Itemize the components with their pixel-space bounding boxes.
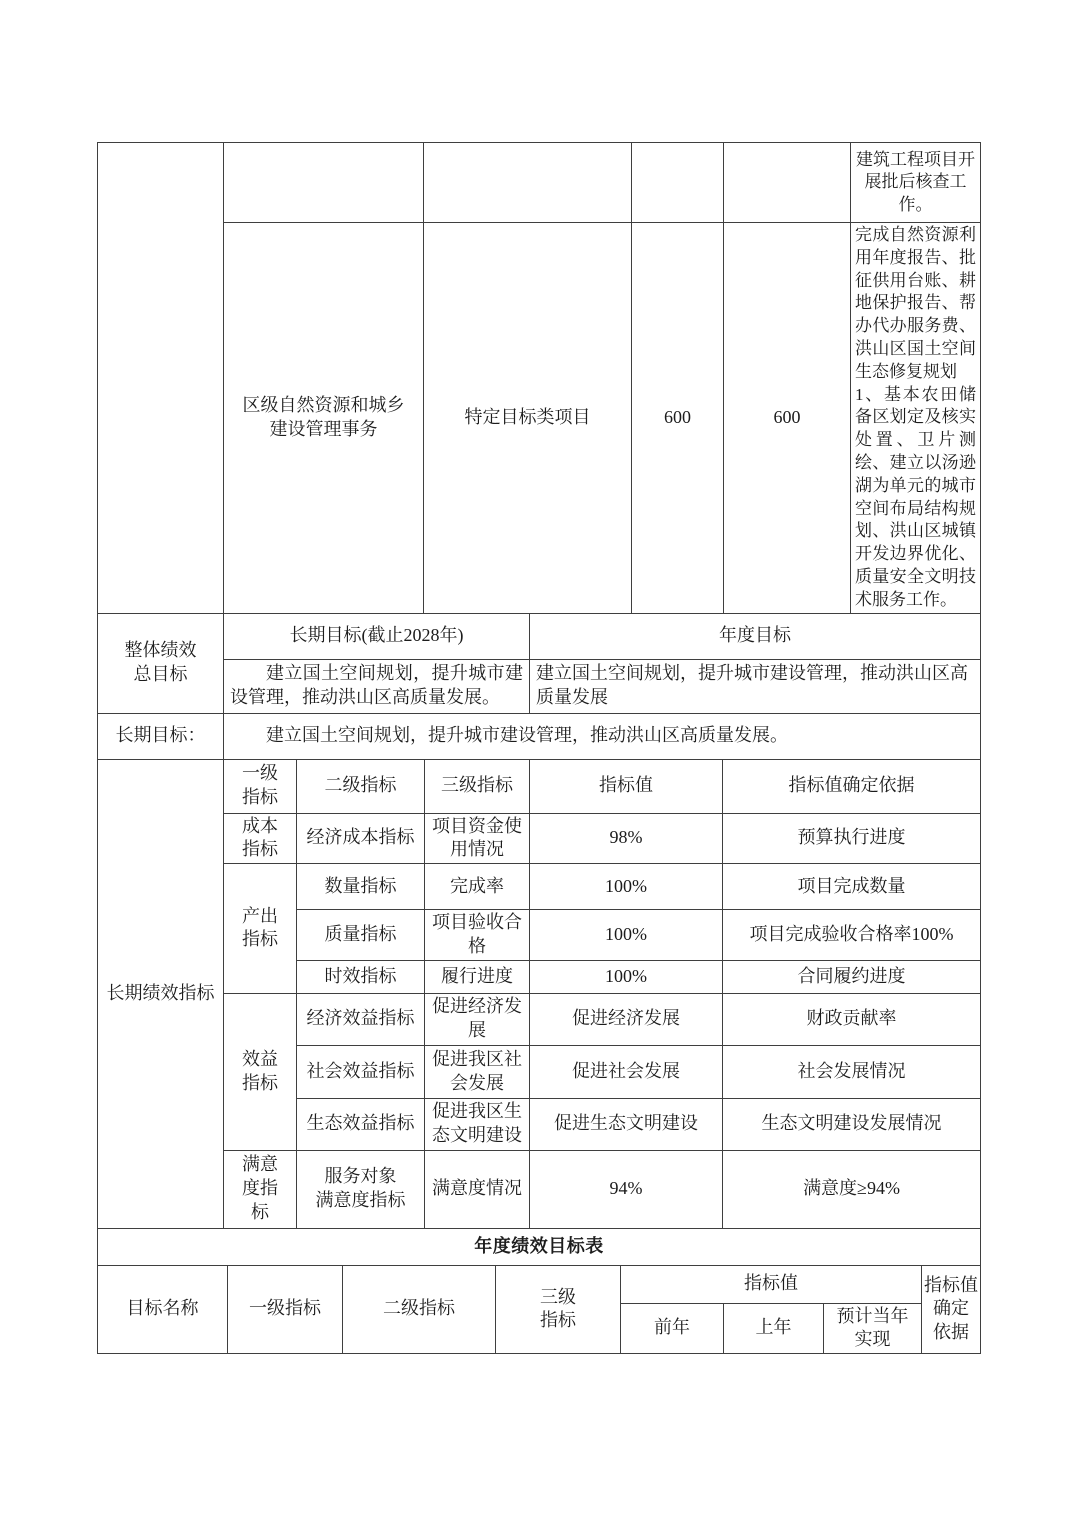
side-label-cell: 长期绩效指标 [98,759,224,1228]
level2-header-cell: 二级指标 [343,1265,496,1354]
level2-cell: 社会效益指标 [297,1045,425,1098]
basis-header-cell: 指标值 确定 依据 [922,1265,981,1354]
budget-amount-cell: 600 [632,223,724,614]
project-category-cell: 区级自然资源和城乡建设管理事务 [224,223,424,614]
goal-name-header-cell: 目标名称 [98,1265,228,1354]
value-header-cell: 指标值 [530,759,723,813]
value-group-header-cell: 指标值 [621,1265,922,1303]
level2-cell: 数量指标 [297,864,425,910]
project-continuation-table: 建筑工程项目开展批后核查工作。 区级自然资源和城乡建设管理事务 特定目标类项目 … [97,142,981,614]
level1-group-cell: 成本指标 [224,813,297,864]
prev-year-header-cell: 上年 [724,1303,824,1354]
value-cell: 促进生态文明建设 [530,1098,723,1150]
level3-header-cell: 三级指标 [425,759,530,813]
project-description-cell: 完成自然资源利用年度报告、批征供用台账、耕地保护报告、帮办代办服务费、洪山区国土… [851,223,981,614]
level3-header-cell: 三级 指标 [496,1265,621,1354]
long-term-goal-table: 长期目标： 建立国土空间规划，提升城市建设管理，推动洪山区高质量发展。 [97,713,981,760]
level1-group-cell: 产出指标 [224,864,297,994]
empty-cell [632,143,724,223]
annual-table-header: 目标名称 一级指标 二级指标 三级 指标 指标值 指标值 确定 依据 前年 上年… [97,1265,981,1355]
level1-header-cell: 一级指标 [228,1265,343,1354]
value-cell: 94% [530,1150,723,1228]
long-term-indicators-table: 长期绩效指标 一级指标 二级指标 三级指标 指标值 指标值确定依据 成本指标 经… [97,759,981,1229]
level2-cell: 经济成本指标 [297,813,425,864]
basis-cell: 预算执行进度 [723,813,981,864]
annual-text-cell: 建立国土空间规划，提升城市建设管理，推动洪山区高质量发展 [530,659,981,713]
value-cell: 100% [530,910,723,961]
value-cell: 促进经济发展 [530,993,723,1045]
level3-cell: 满意度情况 [425,1150,530,1228]
long-term-goal-text-cell: 建立国土空间规划，提升城市建设管理，推动洪山区高质量发展。 [224,713,981,759]
level2-cell: 服务对象 满意度指标 [297,1150,425,1228]
level3-cell: 促进我区社会发展 [425,1045,530,1098]
indicator-row: 满意度指标 服务对象 满意度指标 满意度情况 94% 满意度≥94% [98,1150,981,1228]
basis-cell: 项目完成数量 [723,864,981,910]
value-cell: 98% [530,813,723,864]
empty-side-cell [98,143,224,614]
value-cell: 100% [530,864,723,910]
indicator-row: 效益指标 经济效益指标 促进经济发展 促进经济发展 财政贡献率 [98,993,981,1045]
total-amount-cell: 600 [724,223,851,614]
indicator-row: 成本指标 经济成本指标 项目资金使用情况 98% 预算执行进度 [98,813,981,864]
project-row: 区级自然资源和城乡建设管理事务 特定目标类项目 600 600 完成自然资源利用… [98,223,981,614]
long-term-header-cell: 长期目标(截止2028年) [224,613,530,659]
empty-cell [424,143,632,223]
level3-cell: 促进经济发展 [425,993,530,1045]
level2-cell: 质量指标 [297,910,425,961]
level3-cell: 项目资金使用情况 [425,813,530,864]
indicator-header-row: 长期绩效指标 一级指标 二级指标 三级指标 指标值 指标值确定依据 [98,759,981,813]
annual-table-banner: 年度绩效目标表 [97,1228,981,1266]
goal-text-row: 建立国土空间规划，提升城市建设管理，推动洪山区高质量发展。 建立国土空间规划，提… [98,659,981,713]
level2-header-cell: 二级指标 [297,759,425,813]
level1-group-cell: 效益指标 [224,993,297,1150]
banner-row: 年度绩效目标表 [98,1228,981,1265]
level3-cell: 履行进度 [425,960,530,993]
long-term-goal-row: 长期目标： 建立国土空间规划，提升城市建设管理，推动洪山区高质量发展。 [98,713,981,759]
current-year-header-cell: 预计当年 实现 [824,1303,922,1354]
basis-cell: 满意度≥94% [723,1150,981,1228]
empty-cell [724,143,851,223]
level3-cell: 促进我区生态文明建设 [425,1098,530,1150]
basis-cell: 社会发展情况 [723,1045,981,1098]
basis-cell: 项目完成验收合格率100% [723,910,981,961]
level3-cell: 完成率 [425,864,530,910]
overall-goal-label-cell: 整体绩效 总目标 [98,613,224,713]
goal-header-row: 整体绩效 总目标 长期目标(截止2028年) 年度目标 [98,613,981,659]
continuation-note-cell: 建筑工程项目开展批后核查工作。 [851,143,981,223]
long-term-goal-label-cell: 长期目标： [98,713,224,759]
level2-cell: 时效指标 [297,960,425,993]
basis-header-cell: 指标值确定依据 [723,759,981,813]
annual-header-cell: 年度目标 [530,613,981,659]
basis-cell: 生态文明建设发展情况 [723,1098,981,1150]
partial-project-row: 建筑工程项目开展批后核查工作。 [98,143,981,223]
annual-header-row-top: 目标名称 一级指标 二级指标 三级 指标 指标值 指标值 确定 依据 [98,1265,981,1303]
level3-cell: 项目验收合格 [425,910,530,961]
prev2-year-header-cell: 前年 [621,1303,724,1354]
basis-cell: 合同履约进度 [723,960,981,993]
level2-cell: 生态效益指标 [297,1098,425,1150]
empty-cell [224,143,424,223]
level1-header-cell: 一级指标 [224,759,297,813]
annual-table-title-cell: 年度绩效目标表 [98,1228,981,1265]
value-cell: 促进社会发展 [530,1045,723,1098]
overall-goal-table: 整体绩效 总目标 长期目标(截止2028年) 年度目标 建立国土空间规划，提升城… [97,613,981,714]
level1-group-cell: 满意度指标 [224,1150,297,1228]
long-term-text-cell: 建立国土空间规划，提升城市建设管理，推动洪山区高质量发展。 [224,659,530,713]
value-cell: 100% [530,960,723,993]
indicator-row: 产出指标 数量指标 完成率 100% 项目完成数量 [98,864,981,910]
project-type-cell: 特定目标类项目 [424,223,632,614]
performance-target-document: 建筑工程项目开展批后核查工作。 区级自然资源和城乡建设管理事务 特定目标类项目 … [97,142,980,1354]
level2-cell: 经济效益指标 [297,993,425,1045]
basis-cell: 财政贡献率 [723,993,981,1045]
